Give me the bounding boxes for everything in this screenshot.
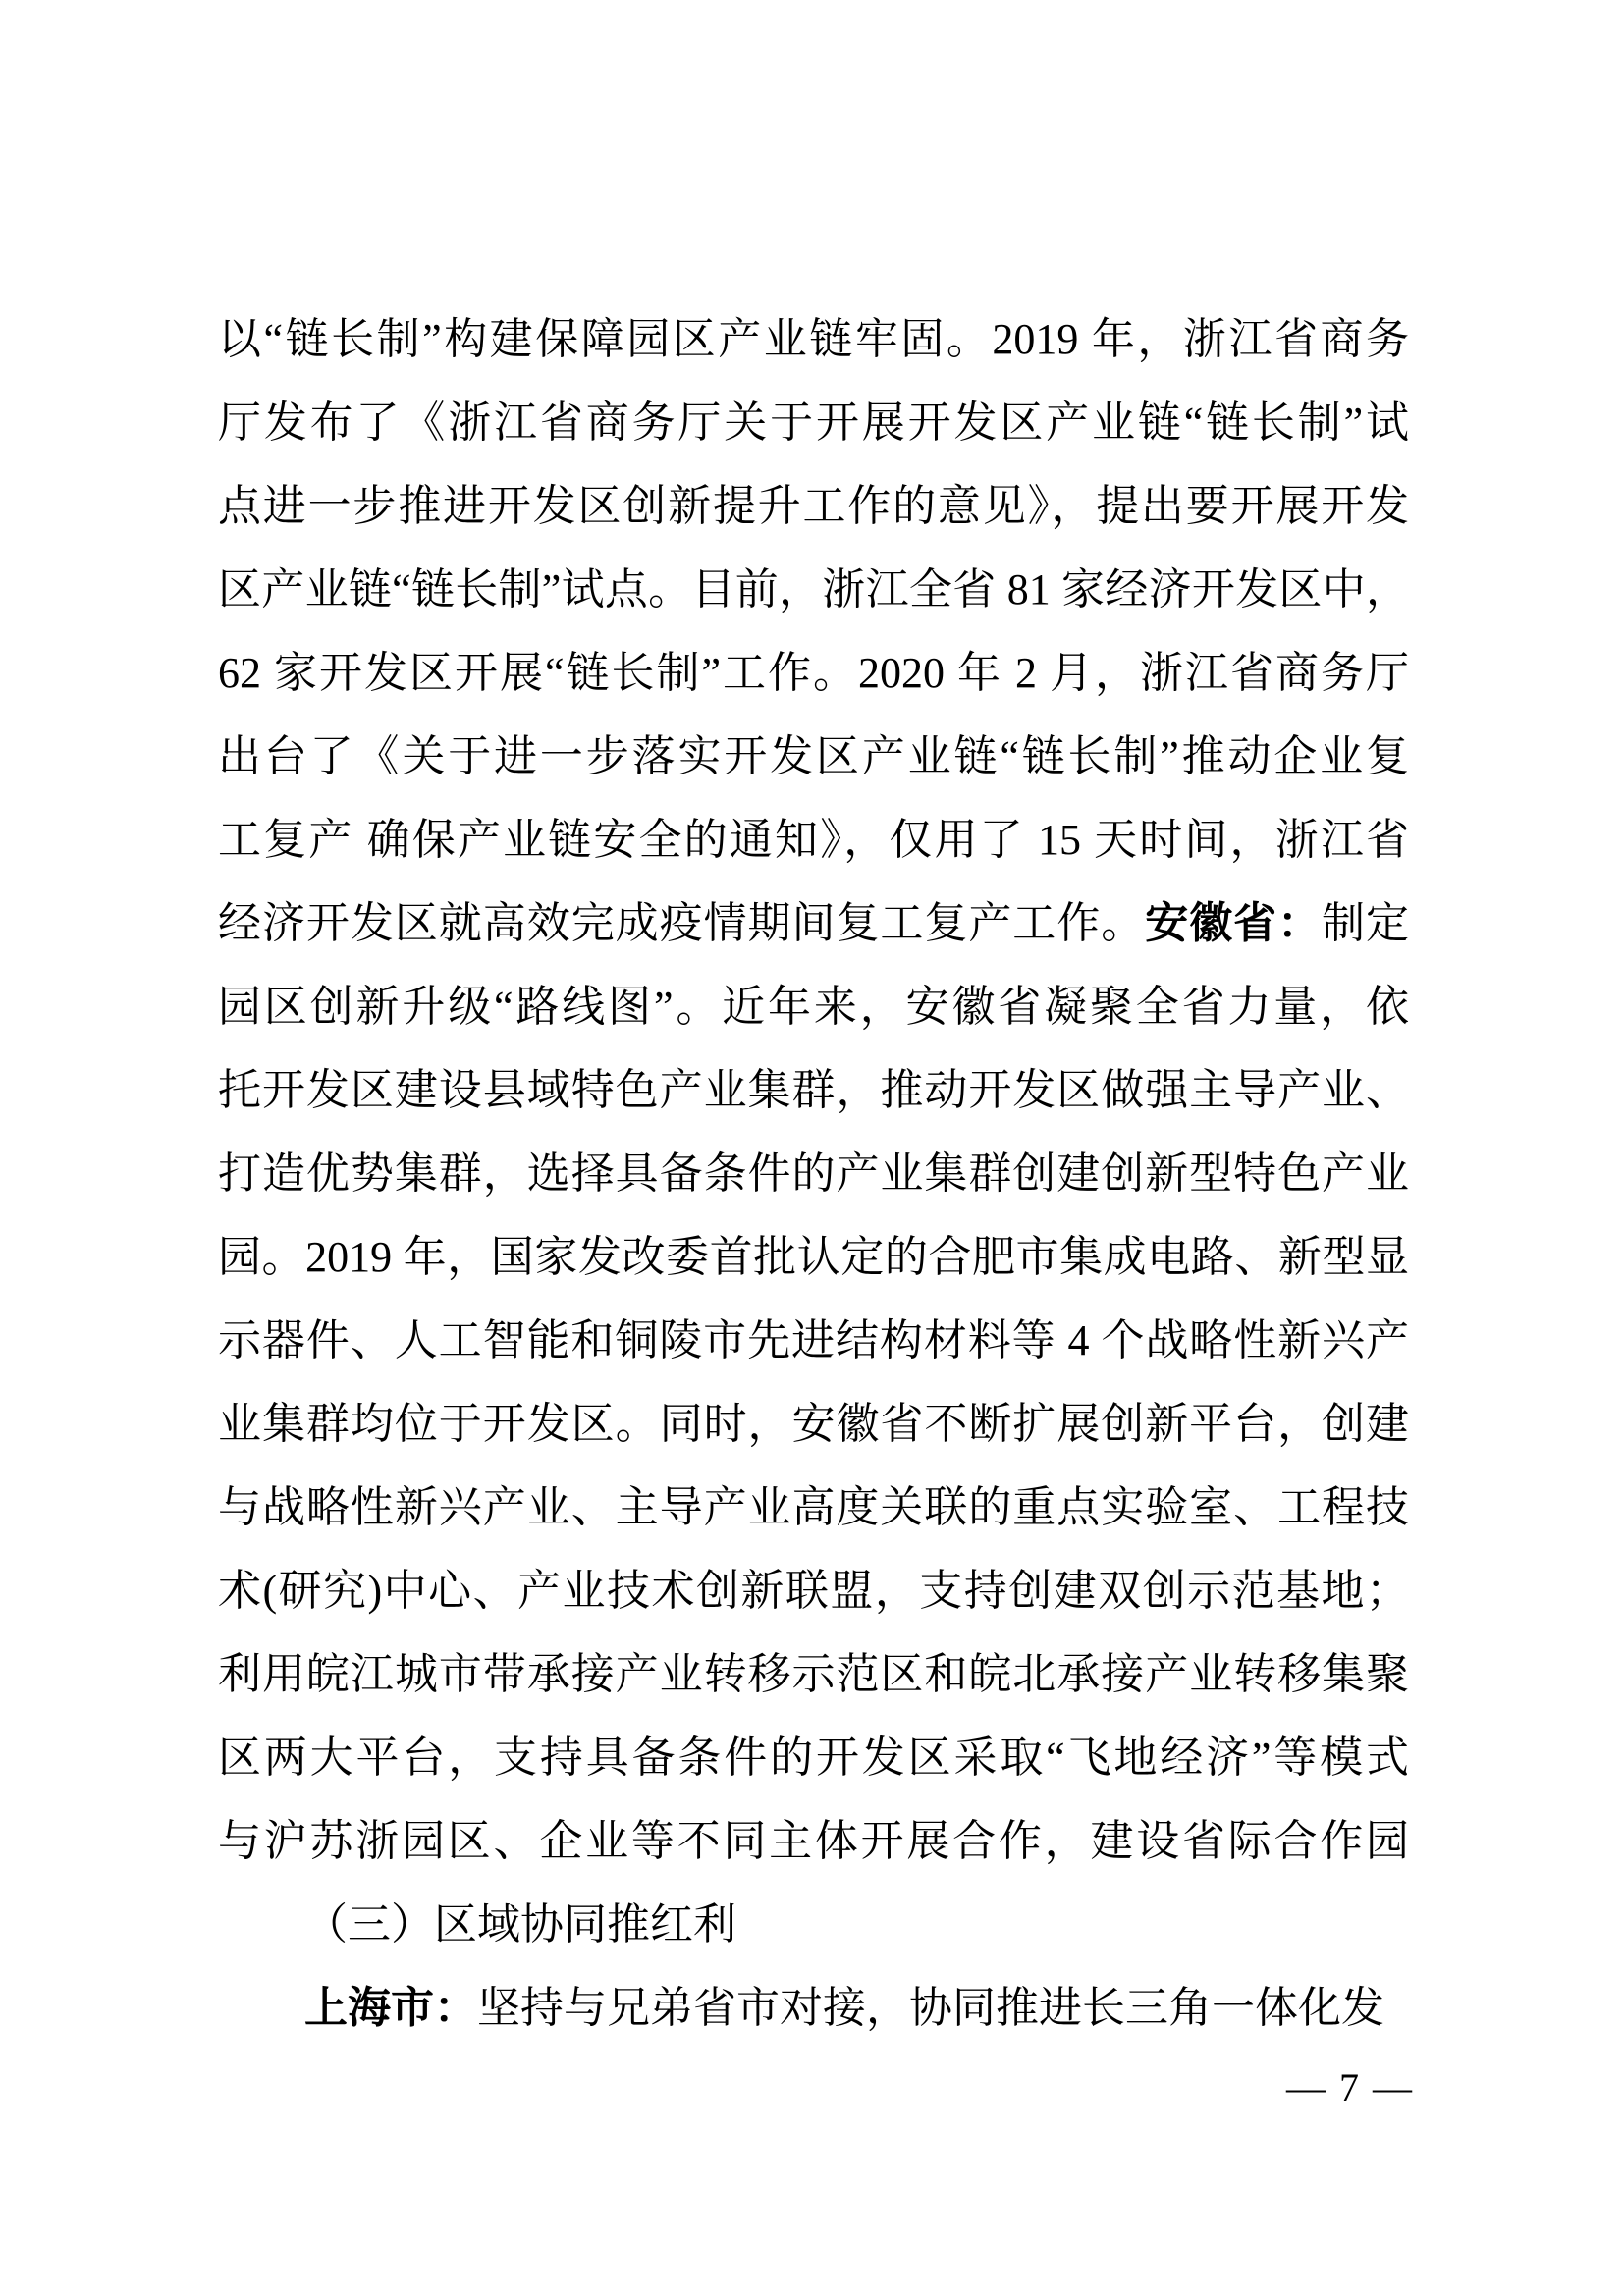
text-segment: 示器件、人工智能和铜陵市先进结构材料等 4 个战略性新兴产 [218,1316,1409,1364]
text-segment: 区两大平台，支持具备条件的开发区采取“飞地经济”等模式 [218,1734,1409,1782]
text-segment: 托开发区建设县域特色产业集群，推动开发区做强主导产业、 [218,1066,1409,1114]
text-segment: 62 家开发区开展“链长制”工作。2020 年 2 月，浙江省商务厅 [218,649,1409,697]
document-body: 以“链长制”构建保障园区产业链牢固。2019 年，浙江省商务厅发布了《浙江省商务… [218,297,1409,2050]
text-line: 业集群均位于开发区。同时，安徽省不断扩展创新平台，创建 [218,1382,1409,1466]
text-segment: 工复产 确保产业链安全的通知》，仅用了 15 天时间，浙江省 [218,816,1409,864]
text-line: 区产业链“链长制”试点。目前，浙江全省 81 家经济开发区中， [218,548,1409,631]
text-segment: 与沪苏浙园区、企业等不同主体开展合作，建设省际合作园区。 [218,1817,1409,1883]
text-line: 示器件、人工智能和铜陵市先进结构材料等 4 个战略性新兴产 [218,1299,1409,1382]
text-line: 62 家开发区开展“链长制”工作。2020 年 2 月，浙江省商务厅 [218,631,1409,715]
text-segment: 业集群均位于开发区。同时，安徽省不断扩展创新平台，创建 [218,1400,1409,1448]
text-segment: 区产业链“链长制”试点。目前，浙江全省 81 家经济开发区中， [218,565,1409,614]
section-heading: （三）区域协同推红利 [218,1883,1409,1966]
text-line: 打造优势集群，选择具备条件的产业集群创建创新型特色产业 [218,1132,1409,1215]
text-segment: （三）区域协同推红利 [304,1900,736,1949]
emphasis-segment: 安徽省： [1145,899,1322,947]
text-line: 区两大平台，支持具备条件的开发区采取“飞地经济”等模式 [218,1716,1409,1799]
emphasis-segment: 上海市： [304,1984,477,2032]
text-line: 点进一步推进开发区创新提升工作的意见》，提出要开展开发 [218,464,1409,548]
text-line: 托开发区建设县域特色产业集群，推动开发区做强主导产业、 [218,1048,1409,1132]
text-line: 工复产 确保产业链安全的通知》，仅用了 15 天时间，浙江省 [218,798,1409,881]
page-number: — 7 — [1286,2064,1414,2111]
text-line: 利用皖江城市带承接产业转移示范区和皖北承接产业转移集聚 [218,1632,1409,1716]
text-segment: 与战略性新兴产业、主导产业高度关联的重点实验室、工程技 [218,1483,1409,1531]
text-segment: 园。2019 年，国家发改委首批认定的合肥市集成电路、新型显 [218,1233,1409,1281]
text-line: 术(研究)中心、产业技术创新联盟，支持创建双创示范基地； [218,1549,1409,1632]
text-segment: 园区创新升级“路线图”。近年来，安徽省凝聚全省力量，依 [218,983,1409,1031]
text-line: 与沪苏浙园区、企业等不同主体开展合作，建设省际合作园区。 [218,1799,1409,1883]
text-segment: 以“链长制”构建保障园区产业链牢固。2019 年，浙江省商务 [218,315,1409,363]
text-segment: 术(研究)中心、产业技术创新联盟，支持创建双创示范基地； [218,1567,1409,1615]
text-segment: 经济开发区就高效完成疫情期间复工复产工作。 [218,899,1145,947]
document-page: 以“链长制”构建保障园区产业链牢固。2019 年，浙江省商务厅发布了《浙江省商务… [0,0,1624,2296]
text-segment: 坚持与兄弟省市对接，协同推进长三角一体化发 [477,1984,1384,2032]
text-line: 经济开发区就高效完成疫情期间复工复产工作。安徽省：制定 [218,881,1409,965]
text-segment: 打造优势集群，选择具备条件的产业集群创建创新型特色产业 [218,1149,1409,1198]
text-segment: 出台了《关于进一步落实开发区产业链“链长制”推动企业复 [218,732,1409,780]
text-line: 厅发布了《浙江省商务厅关于开展开发区产业链“链长制”试 [218,381,1409,464]
text-segment: 厅发布了《浙江省商务厅关于开展开发区产业链“链长制”试 [218,399,1409,447]
text-line: 以“链长制”构建保障园区产业链牢固。2019 年，浙江省商务 [218,297,1409,381]
text-line: 园区创新升级“路线图”。近年来，安徽省凝聚全省力量，依 [218,965,1409,1048]
text-line: 上海市：坚持与兄弟省市对接，协同推进长三角一体化发 [218,1966,1409,2050]
text-line: 出台了《关于进一步落实开发区产业链“链长制”推动企业复 [218,715,1409,798]
text-segment: 利用皖江城市带承接产业转移示范区和皖北承接产业转移集聚 [218,1650,1409,1698]
text-segment: 点进一步推进开发区创新提升工作的意见》，提出要开展开发 [218,482,1409,530]
text-line: 与战略性新兴产业、主导产业高度关联的重点实验室、工程技 [218,1466,1409,1549]
text-segment: 制定 [1322,899,1409,947]
text-line: 园。2019 年，国家发改委首批认定的合肥市集成电路、新型显 [218,1215,1409,1299]
